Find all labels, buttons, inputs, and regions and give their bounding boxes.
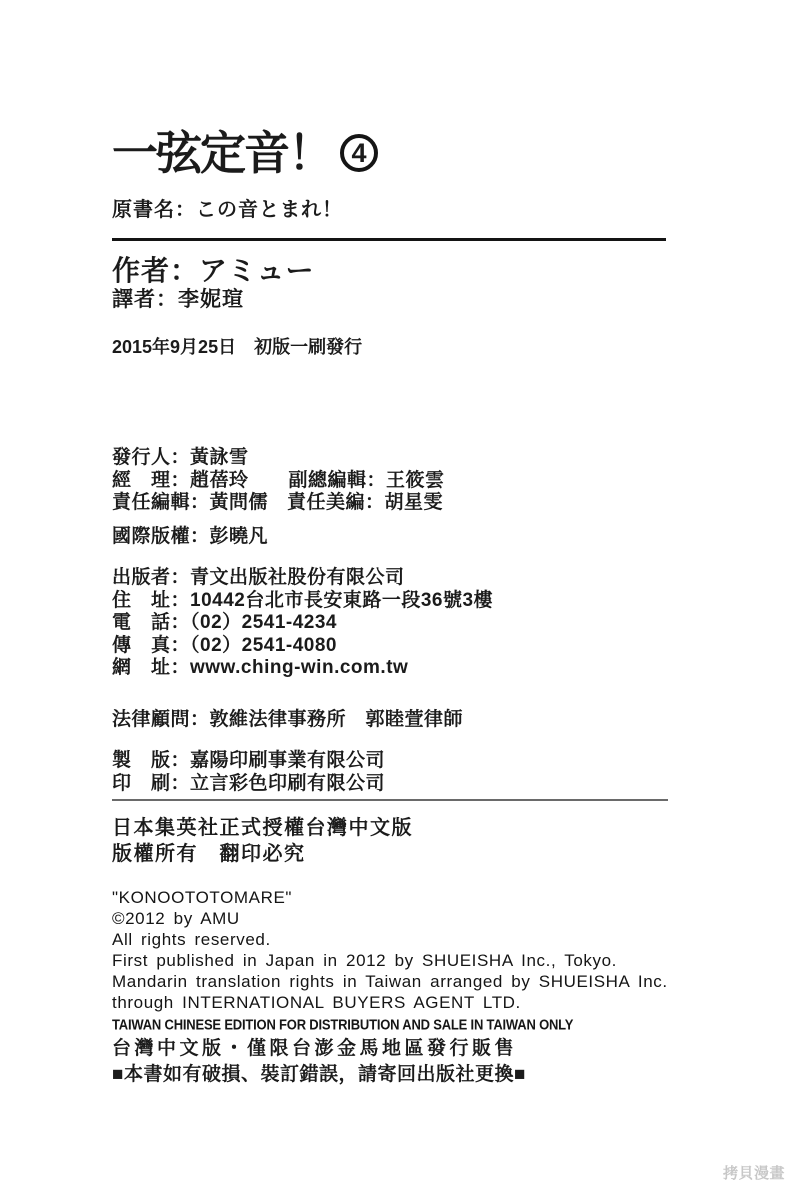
- license-authorized-line: 日本集英社正式授權台灣中文版: [112, 815, 731, 841]
- publisher-website: 網 址：www.ching-win.com.tw: [112, 657, 731, 680]
- taiwan-only-en-line: TAIWAN CHINESE EDITION FOR DISTRIBUTION …: [112, 1015, 731, 1035]
- en-mandarin-rights: Mandarin translation rights in Taiwan ar…: [112, 971, 731, 992]
- staff-editor: 責任編輯：黃問儒: [112, 492, 268, 513]
- staff-international-rights: 國際版權：彭曉凡: [112, 526, 731, 549]
- en-first-published: First published in Japan in 2012 by SHUE…: [112, 950, 731, 971]
- staff-manager: 經 理：趙蓓玲: [112, 470, 249, 491]
- publisher-address: 住 址：10442台北市長安東路一段36號3樓: [112, 590, 731, 613]
- divider-rule-bottom: [112, 799, 668, 801]
- plate-making-line: 製 版：嘉陽印刷事業有限公司: [112, 750, 731, 773]
- original-title: 原書名：この音とまれ！: [112, 193, 731, 222]
- divider-rule-top: [112, 238, 666, 241]
- staff-art-editor: 責任美編：胡星雯: [287, 492, 443, 513]
- colophon-page: 一弦定音！ 4 原書名：この音とまれ！ 作者：アミュー 譯者：李妮瑄 2015年…: [0, 0, 791, 1200]
- edition-date-line: 2015年9月25日 初版一刷發行: [112, 335, 731, 359]
- translator-line: 譯者：李妮瑄: [112, 287, 731, 313]
- english-copyright-block: "KONOOTOTOMARE" ©2012 by AMU All rights …: [112, 887, 731, 1061]
- damage-return-notice: ■本書如有破損、裝訂錯誤，請寄回出版社更換■: [112, 1062, 731, 1087]
- license-rights-line: 版權所有 翻印必究: [112, 841, 731, 867]
- printing-line: 印 刷：立言彩色印刷有限公司: [112, 773, 731, 796]
- publisher-phone: 電 話：（02）2541-4234: [112, 612, 731, 635]
- publisher-company: 出版者：青文出版社股份有限公司: [112, 567, 731, 590]
- en-rights-reserved: All rights reserved.: [112, 929, 731, 950]
- staff-block: 發行人：黃詠雪 經 理：趙蓓玲副總編輯：王筱雲 責任編輯：黃問儒責任美編：胡星雯…: [112, 447, 731, 548]
- book-title-row: 一弦定音！ 4: [112, 128, 731, 178]
- en-copyright-title: "KONOOTOTOMARE": [112, 887, 731, 908]
- en-copyright-year: ©2012 by AMU: [112, 908, 731, 929]
- taiwan-only-zh-line: 台灣中文版・僅限台澎金馬地區發行販售: [112, 1036, 731, 1061]
- volume-number-badge: 4: [340, 134, 378, 172]
- legal-advisor-line: 法律顧問：敦維法律事務所 郭睦萱律師: [112, 709, 731, 732]
- staff-editor-line: 責任編輯：黃問儒責任美編：胡星雯: [112, 492, 731, 515]
- en-through-agent: through INTERNATIONAL BUYERS AGENT LTD.: [112, 992, 731, 1013]
- publisher-fax: 傳 真：（02）2541-4080: [112, 635, 731, 658]
- staff-publisher-person: 發行人：黃詠雪: [112, 447, 731, 470]
- colophon-content: 一弦定音！ 4 原書名：この音とまれ！ 作者：アミュー 譯者：李妮瑄 2015年…: [0, 128, 791, 1087]
- staff-manager-line: 經 理：趙蓓玲副總編輯：王筱雲: [112, 470, 731, 493]
- staff-deputy-chief-editor: 副總編輯：王筱雲: [289, 470, 445, 491]
- author-line: 作者：アミュー: [112, 254, 731, 287]
- scan-watermark: 拷貝漫畫: [723, 1162, 785, 1183]
- print-block: 製 版：嘉陽印刷事業有限公司 印 刷：立言彩色印刷有限公司: [112, 750, 731, 795]
- book-title: 一弦定音！: [112, 128, 332, 178]
- publisher-block: 出版者：青文出版社股份有限公司 住 址：10442台北市長安東路一段36號3樓 …: [112, 567, 731, 680]
- license-block: 日本集英社正式授權台灣中文版 版權所有 翻印必究: [112, 815, 731, 867]
